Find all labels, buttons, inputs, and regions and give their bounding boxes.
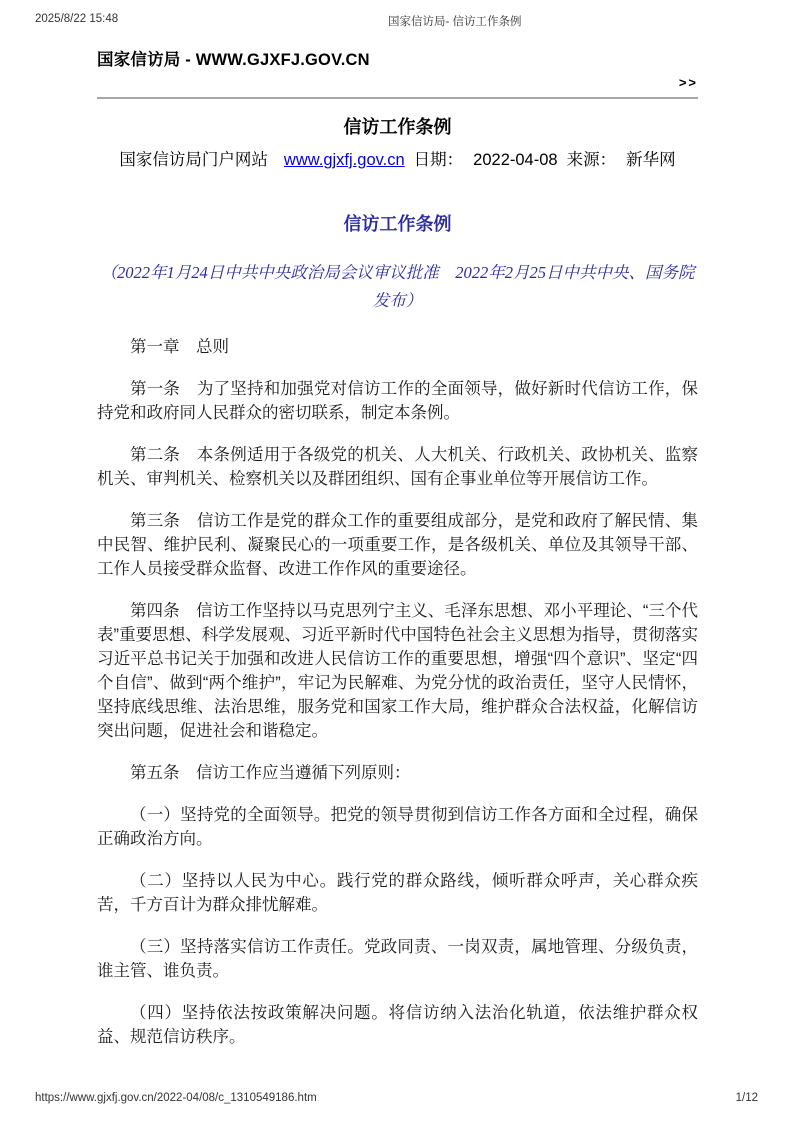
article-paragraph: 第五条 信访工作应当遵循下列原则： [97, 761, 698, 785]
article-paragraph: （一）坚持党的全面领导。把党的领导贯彻到信访工作各方面和全过程，确保正确政治方向… [97, 803, 698, 851]
header-divider [97, 97, 698, 99]
article-paragraph: （二）坚持以人民为中心。践行党的群众路线，倾听群众呼声，关心群众疾苦，千方百计为… [97, 869, 698, 917]
meta-date-value: 2022-04-08 [473, 151, 557, 169]
collapsed-nav-link[interactable]: >> [97, 75, 698, 90]
meta-date-label: 日期： [414, 151, 464, 169]
article-paragraph: 第三条 信访工作是党的群众工作的重要组成部分，是党和政府了解民情、集中民智、维护… [97, 509, 698, 581]
article-body: 第一条 为了坚持和加强党对信访工作的全面领导，做好新时代信访工作，保持党和政府同… [97, 377, 698, 1049]
issuance-note: （2022年1月24日中共中央政治局会议审议批准 2022年2月25日中共中央、… [97, 259, 698, 315]
meta-source-label: 来源： [567, 151, 617, 169]
article-paragraph: 第四条 信访工作坚持以马克思列宁主义、毛泽东思想、邓小平理论、“三个代表”重要思… [97, 599, 698, 743]
print-source-url: https://www.gjxfj.gov.cn/2022-04/08/c_13… [35, 1092, 317, 1104]
print-doc-title: 国家信访局- 信访工作条例 [388, 13, 522, 29]
document-title: 信访工作条例 [97, 212, 698, 237]
meta-site-name: 国家信访局门户网站 [119, 151, 268, 169]
printed-page: 2025/8/22 15:48 国家信访局- 信访工作条例 国家信访局 - WW… [0, 0, 793, 1122]
article-meta: 国家信访局门户网站www.gjxfj.gov.cn日期：2022-04-08来源… [97, 148, 698, 172]
site-logo[interactable]: 国家信访局 - WWW.GJXFJ.GOV.CN [97, 46, 698, 70]
article-paragraph: 第二条 本条例适用于各级党的机关、人大机关、行政机关、政协机关、监察机关、审判机… [97, 443, 698, 491]
article-paragraph: （四）坚持依法按政策解决问题。将信访纳入法治化轨道，依法维护群众权益、规范信访秩… [97, 1001, 698, 1049]
meta-source-value: 新华网 [626, 151, 676, 169]
page-title: 信访工作条例 [97, 115, 698, 140]
meta-site-link[interactable]: www.gjxfj.gov.cn [284, 151, 405, 169]
chapter-heading: 第一章 总则 [97, 335, 698, 359]
article-paragraph: （三）坚持落实信访工作责任。党政同责、一岗双责，属地管理、分级负责，谁主管、谁负… [97, 935, 698, 983]
article-paragraph: 第一条 为了坚持和加强党对信访工作的全面领导，做好新时代信访工作，保持党和政府同… [97, 377, 698, 425]
print-datetime: 2025/8/22 15:48 [35, 13, 118, 25]
print-page-number: 1/12 [736, 1092, 758, 1104]
article: 信访工作条例 国家信访局门户网站www.gjxfj.gov.cn日期：2022-… [97, 115, 698, 1049]
